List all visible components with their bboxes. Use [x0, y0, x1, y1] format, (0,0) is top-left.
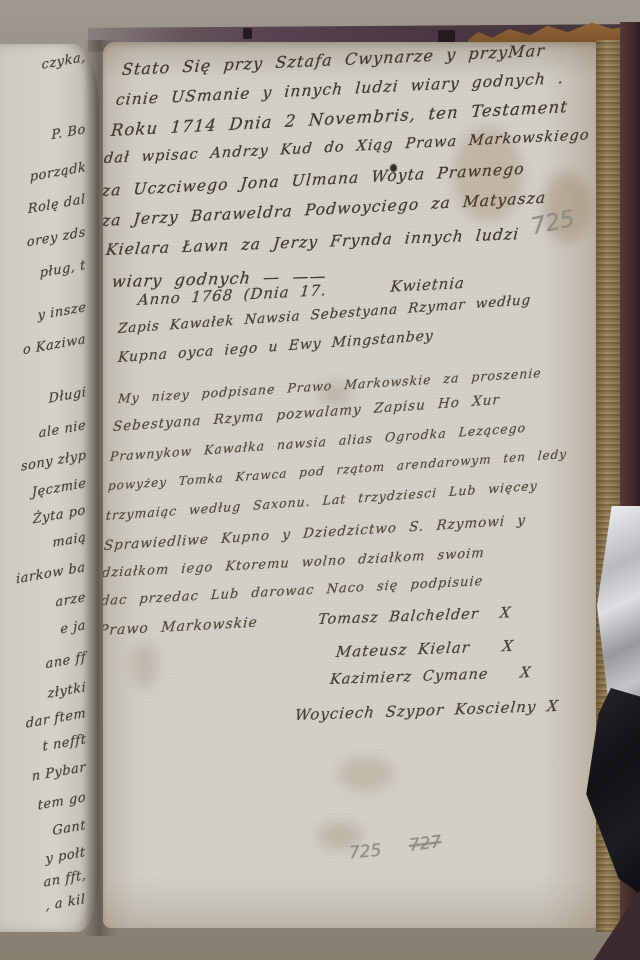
- paper-stain: [131, 642, 159, 688]
- left-page-fragment: y insze: [37, 300, 86, 324]
- signature-line: Mateusz Kielar X: [335, 637, 515, 661]
- left-page-fragment: złytki: [47, 680, 86, 702]
- left-page-fragment: e ja: [60, 618, 86, 638]
- left-page-fragment: , a kil: [46, 892, 86, 914]
- left-page-fragment: Jęczmie: [31, 476, 86, 501]
- left-page-fragment: maią: [52, 530, 86, 551]
- signature-line: Tomasz Balchelder X: [317, 605, 512, 628]
- left-page-fragment: y połt: [46, 845, 87, 867]
- left-page-fragment: ale nie: [38, 418, 86, 442]
- left-page-fragment: Długi: [48, 385, 86, 407]
- manuscript-line: Kielara Ławn za Jerzy Frynda innych ludz…: [105, 225, 520, 259]
- pencil-page-number-crossed-out: 727: [408, 832, 443, 856]
- left-page-fragment: orey zds: [27, 225, 86, 251]
- pencil-page-number-bottom: 725: [348, 841, 382, 864]
- manuscript-page: Stato Się przy Sztafa Cwynarze y przyMar…: [103, 42, 599, 928]
- left-page-fragment: arze: [55, 590, 86, 611]
- left-page-fragment: iarkow ba: [16, 560, 86, 587]
- left-page-fragment: tem go: [37, 790, 86, 814]
- left-page-fragment: P. Bo: [51, 122, 86, 143]
- left-page-fragment: Żyta po: [33, 503, 87, 527]
- left-page-fragment: dar ftem: [25, 706, 86, 732]
- manuscript-photo: czyka,P. BoporządkRolę dalorey zdspług, …: [0, 0, 640, 960]
- left-page-fragment: o Kaziwa: [23, 332, 87, 358]
- paper-stain: [338, 757, 394, 791]
- left-page-fragment: pług, t: [40, 258, 87, 281]
- left-page-fragment: ane ff: [45, 650, 86, 672]
- left-page-fragment: Gant: [52, 818, 86, 839]
- left-page-fragment: sony złyp: [20, 448, 86, 475]
- binding-notch: [243, 28, 252, 39]
- left-page-fragment: t nefft: [42, 732, 86, 755]
- left-page-fragment: porządk: [29, 160, 86, 185]
- left-page-fragment: Rolę dal: [28, 192, 86, 217]
- signature-line: Woyciech Szypor Koscielny X: [294, 697, 560, 724]
- signature-line: Kazimierz Cymane X: [329, 665, 532, 688]
- manuscript-line: Prawo Markowskie: [103, 615, 259, 639]
- manuscript-line: dac przedac Lub darowac Naco się podpisu…: [103, 574, 484, 609]
- left-page-fragment: czyka,: [42, 50, 87, 73]
- manuscript-line: działkom iego Ktoremu wolno działkom swo…: [103, 546, 485, 581]
- left-page-fragment: an fft,: [43, 868, 86, 891]
- left-page-fragment: n Pybar: [31, 760, 86, 785]
